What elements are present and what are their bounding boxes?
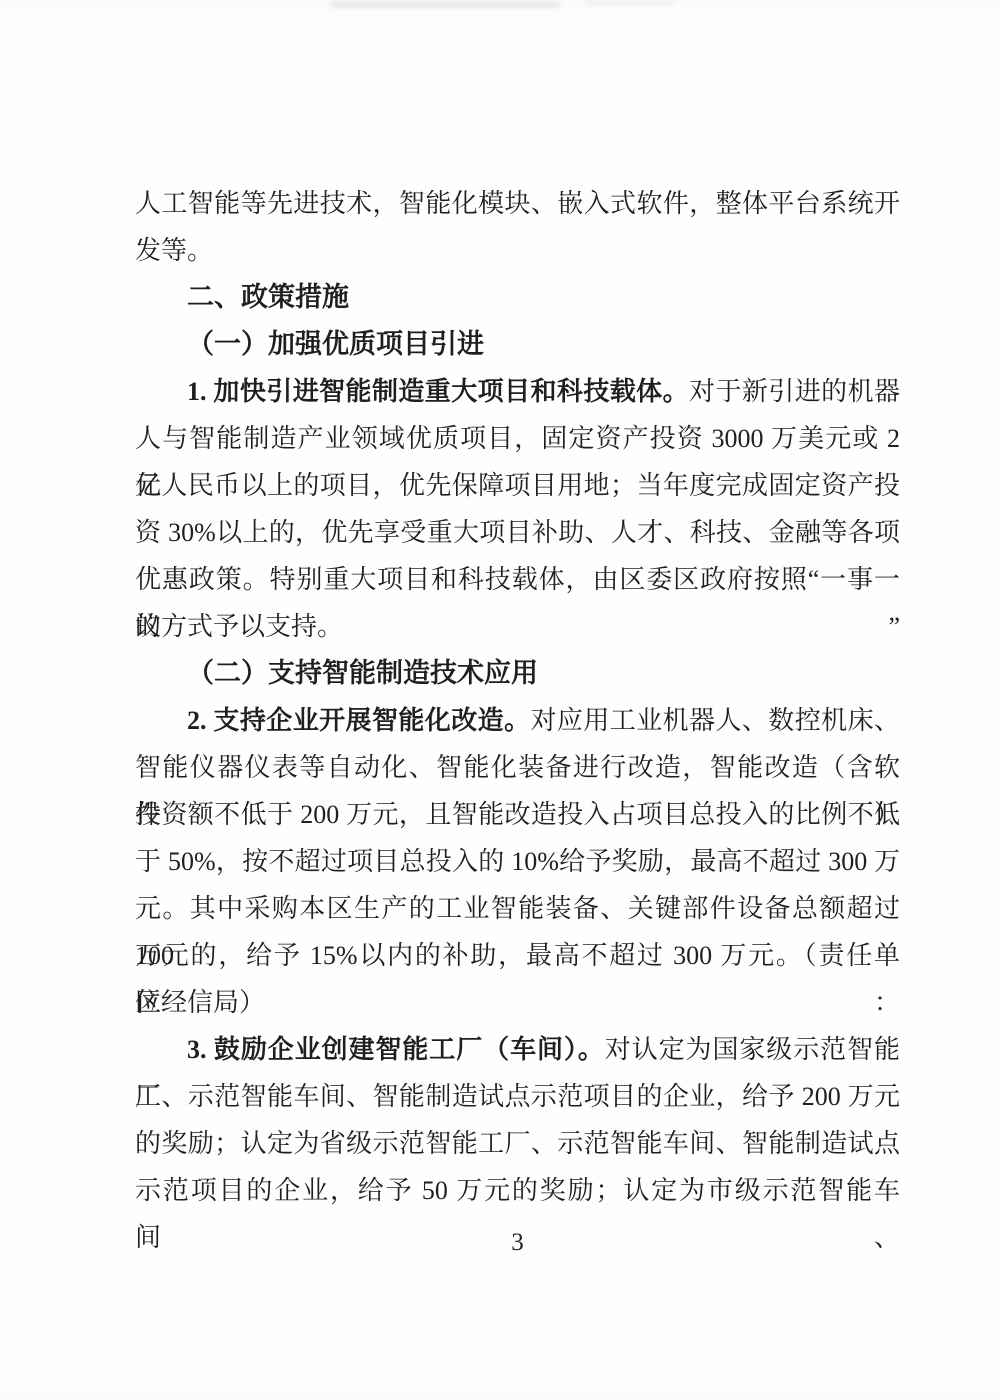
bold-text-segment: 1. 加快引进智能制造重大项目和科技载体。 bbox=[187, 377, 689, 406]
text-segment: 对应用工业机器人、数控机床、 bbox=[531, 706, 901, 735]
text-line: 1. 加快引进智能制造重大项目和科技载体。对于新引进的机器 bbox=[135, 368, 900, 415]
bold-text-segment: 二、政策措施 bbox=[187, 282, 349, 312]
text-segment: 发等。 bbox=[135, 236, 213, 265]
text-line: 厂、示范智能车间、智能制造试点示范项目的企业，给予 200 万元 bbox=[135, 1073, 900, 1120]
text-segment: 于 50%，按不超过项目总投入的 10%给予奖励，最高不超过 300 万 bbox=[135, 847, 900, 876]
text-segment: 人工智能等先进技术，智能化模块、嵌入式软件，整体平台系统开 bbox=[135, 189, 900, 218]
text-line: 资 30%以上的，优先享受重大项目补助、人才、科技、金融等各项 bbox=[135, 509, 900, 556]
scan-artifact bbox=[330, 1, 560, 8]
text-line: 二、政策措施 bbox=[135, 274, 900, 321]
text-line: （二）支持智能制造技术应用 bbox=[135, 650, 900, 697]
text-segment: 的奖励；认定为省级示范智能工厂、示范智能车间、智能制造试点 bbox=[135, 1129, 900, 1158]
bold-text-segment: 2. 支持企业开展智能化改造。 bbox=[187, 706, 531, 735]
text-segment: 对于新引进的机器 bbox=[689, 377, 900, 406]
text-segment: 的方式予以支持。 bbox=[135, 612, 343, 641]
text-line: 投资额不低于 200 万元，且智能改造投入占项目总投入的比例不低 bbox=[135, 791, 900, 838]
document-page: 人工智能等先进技术，智能化模块、嵌入式软件，整体平台系统开发等。二、政策措施（一… bbox=[0, 0, 1000, 1400]
text-line: 发等。 bbox=[135, 227, 900, 274]
bold-text-segment: 3. 鼓励企业创建智能工厂（车间）。 bbox=[187, 1035, 605, 1064]
text-line: 2. 支持企业开展智能化改造。对应用工业机器人、数控机床、 bbox=[135, 697, 900, 744]
text-line: 人工智能等先进技术，智能化模块、嵌入式软件，整体平台系统开 bbox=[135, 180, 900, 227]
scan-artifact bbox=[585, 0, 675, 5]
text-segment: 元人民币以上的项目，优先保障项目用地；当年度完成固定资产投 bbox=[135, 471, 900, 500]
text-line: 元。其中采购本区生产的工业智能装备、关键部件设备总额超过 100 bbox=[135, 885, 900, 932]
text-segment: 厂、示范智能车间、智能制造试点示范项目的企业，给予 200 万元 bbox=[135, 1082, 900, 1111]
text-segment: 资 30%以上的，优先享受重大项目补助、人才、科技、金融等各项 bbox=[135, 518, 900, 547]
text-line: 优惠政策。特别重大项目和科技载体，由区委区政府按照“一事一议” bbox=[135, 556, 900, 603]
text-line: 于 50%，按不超过项目总投入的 10%给予奖励，最高不超过 300 万 bbox=[135, 838, 900, 885]
text-line: 示范项目的企业，给予 50 万元的奖励；认定为市级示范智能车间、 bbox=[135, 1167, 900, 1214]
document-lines: 人工智能等先进技术，智能化模块、嵌入式软件，整体平台系统开发等。二、政策措施（一… bbox=[135, 180, 900, 1214]
text-line: 元人民币以上的项目，优先保障项目用地；当年度完成固定资产投 bbox=[135, 462, 900, 509]
text-line: 万元的，给予 15%以内的补助，最高不超过 300 万元。（责任单位： bbox=[135, 932, 900, 979]
text-line: 人与智能制造产业领域优质项目，固定资产投资 3000 万美元或 2 亿 bbox=[135, 415, 900, 462]
page-number: 3 bbox=[135, 1226, 900, 1260]
text-segment: 区经信局） bbox=[135, 988, 265, 1017]
bold-text-segment: （一）加强优质项目引进 bbox=[187, 329, 484, 359]
text-line: 3. 鼓励企业创建智能工厂（车间）。对认定为国家级示范智能工 bbox=[135, 1026, 900, 1073]
bold-text-segment: （二）支持智能制造技术应用 bbox=[187, 658, 538, 688]
text-segment: 投资额不低于 200 万元，且智能改造投入占项目总投入的比例不低 bbox=[135, 800, 900, 829]
text-line: 智能仪器仪表等自动化、智能化装备进行改造，智能改造（含软件） bbox=[135, 744, 900, 791]
text-line: 的奖励；认定为省级示范智能工厂、示范智能车间、智能制造试点 bbox=[135, 1120, 900, 1167]
text-line: （一）加强优质项目引进 bbox=[135, 321, 900, 368]
